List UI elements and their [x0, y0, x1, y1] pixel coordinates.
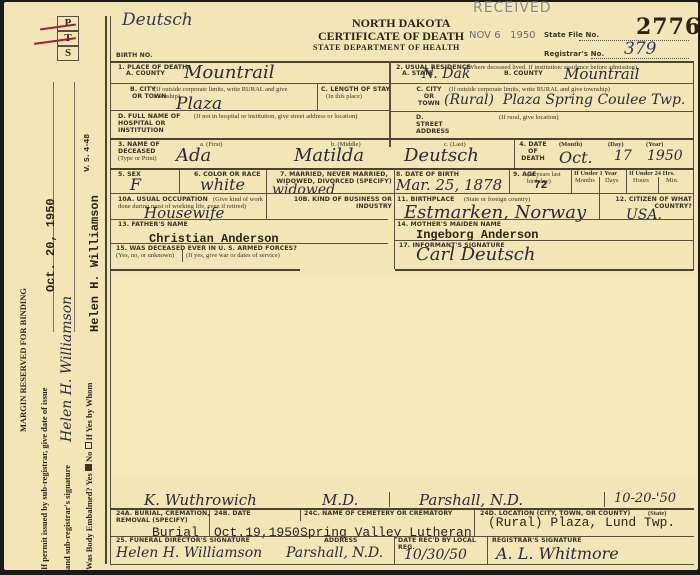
divider — [179, 169, 180, 193]
f24b-label: 24b. DATE — [214, 510, 251, 517]
f25-date-value: 10/30/50 — [404, 547, 467, 563]
f1a-value: Mountrail — [184, 62, 275, 83]
divider — [599, 177, 600, 193]
f24c-label: 24c. NAME OF CEMETERY OR CREMATORY — [304, 510, 452, 517]
f10b-label: 10b. KIND OF BUSINESS OR INDUSTRY — [274, 196, 392, 210]
f1b-label: b. CITY — [130, 86, 155, 93]
divider — [110, 83, 389, 84]
death-certificate: P T S V. S. 4-48 MARGIN RESERVED FOR BIN… — [4, 2, 698, 570]
f1a-label: a. COUNTY — [126, 70, 165, 77]
pts-box-s: S — [57, 46, 79, 61]
physician-date: 10-20-'50 — [614, 491, 676, 506]
divider — [395, 240, 693, 241]
f14-label: 14. MOTHER'S MAIDEN NAME — [397, 221, 501, 228]
f2c-label: c. CITY OR TOWN — [414, 86, 444, 107]
f9-min-label: Min. — [666, 177, 678, 184]
embalmed-no-label: No — [84, 452, 94, 462]
divider — [509, 169, 510, 193]
f25-address: Parshall, N.D. — [286, 545, 383, 561]
registrar-label: Registrar's No. — [544, 51, 604, 58]
f25-label: 25. FUNERAL DIRECTOR'S SIGNATURE — [116, 537, 250, 544]
f9-value: 72 — [534, 180, 547, 192]
f2b-label: b. COUNTY — [504, 70, 543, 77]
embalmer-name: Helen H. Williamson — [88, 195, 102, 332]
department-title: STATE DEPARTMENT OF HEALTH — [313, 43, 460, 52]
registrar-no: 379 — [624, 39, 656, 59]
divider — [604, 492, 605, 507]
divider — [110, 564, 694, 565]
f24d-value: (Rural) Plaza, Lund Twp. — [488, 515, 675, 530]
f4-year-label: (Year) — [646, 141, 663, 148]
received-stamp: RECEIVED — [473, 0, 552, 16]
divider — [395, 269, 693, 271]
divider — [391, 83, 693, 84]
divider — [317, 83, 318, 110]
divider — [110, 219, 388, 220]
certificate-title: CERTIFICATE OF DEATH — [318, 29, 464, 44]
divider — [474, 509, 475, 537]
divider — [300, 509, 301, 521]
f25-registrar-label: REGISTRAR'S SIGNATURE — [492, 537, 582, 544]
divider — [514, 139, 515, 169]
f15-note-a: (Yes, no, or unknown) — [116, 252, 174, 259]
embalmed-yes-label: Yes — [84, 473, 94, 485]
divider — [110, 243, 388, 244]
physician-signature: K. Wuthrowich — [144, 491, 257, 509]
birth-no-label: BIRTH NO. — [116, 52, 153, 59]
f1c-note: (In this place) — [326, 93, 362, 100]
f17-value: Carl Deutsch — [416, 244, 535, 265]
f9-months-label: Months — [575, 177, 595, 184]
f2d-label: d. STREET ADDRESS — [416, 114, 446, 135]
f9-under1-label: If Under 1 Year — [574, 170, 617, 177]
divider — [110, 193, 694, 194]
divider — [389, 61, 391, 147]
f3b-value: Matilda — [294, 145, 364, 166]
divider — [626, 169, 627, 193]
margin-line — [74, 82, 75, 332]
f1d-note: (If not in hospital or institution, give… — [194, 113, 384, 120]
f4-year: 1950 — [647, 148, 683, 164]
divider — [182, 250, 183, 262]
f1d-label: d. FULL NAME OF HOSPITAL OR INSTITUTION — [118, 113, 198, 134]
f3-note: (Type or Print) — [118, 155, 157, 162]
subregistrar-signature: Helen H. Williamson — [59, 296, 75, 442]
by-whom-label: If Yes by Whom — [84, 383, 94, 441]
form-code: V. S. 4-48 — [84, 134, 91, 172]
f25-registrar-value: A. L. Whitmore — [496, 544, 619, 563]
permit-date: Oct. 20, 1950 — [44, 198, 58, 292]
f24a-label: 24a. BURIAL, CREMATION, REMOVAL (Specify… — [116, 510, 211, 524]
divider — [266, 169, 267, 219]
f15-label: 15. WAS DECEASED EVER IN U. S. ARMED FOR… — [116, 245, 297, 252]
divider — [389, 492, 390, 507]
divider — [110, 138, 694, 140]
divider — [658, 177, 659, 193]
divider — [599, 193, 600, 219]
f4-month-label: (Month) — [559, 141, 582, 148]
physician-address: Parshall, N.D. — [419, 491, 523, 509]
f9-under24-label: If Under 24 Hrs. — [629, 170, 675, 177]
f2d-note: (If rural, give location) — [499, 114, 559, 121]
embalmed-no-checkbox[interactable] — [85, 442, 92, 449]
f5-value: F — [130, 175, 141, 194]
divider — [693, 61, 694, 271]
divider — [394, 537, 395, 565]
f2c-value: (Rural) Plaza Spring Coulee Twp. — [444, 92, 685, 108]
f3-label: 3. NAME OF DECEASED — [118, 141, 173, 155]
divider — [487, 537, 488, 565]
f9-days-label: Days — [605, 177, 618, 184]
received-date: NOV 6 1950 — [469, 30, 536, 41]
margin-border — [105, 16, 107, 564]
physician-title: M.D. — [322, 491, 358, 509]
f4-day-label: (Day) — [608, 141, 624, 148]
f1b-value: Plaza — [176, 94, 222, 114]
f4-month: Oct. — [559, 148, 593, 167]
f3a-value: Ada — [176, 145, 211, 166]
f25-address-label: ADDRESS — [324, 537, 357, 544]
divider — [391, 111, 693, 112]
state-file-no: 2776 — [636, 14, 700, 40]
f2a-value: N. Dak — [422, 66, 470, 82]
permit-label: If permit issued by sub-registrar, give … — [39, 387, 49, 570]
embalmed-label: Was Body Embalmed? — [84, 487, 94, 570]
f13-label: 13. FATHER'S NAME — [118, 221, 188, 228]
f12-value: USA. — [626, 207, 662, 223]
margin-reserved-label: MARGIN RESERVED FOR BINDING — [18, 288, 28, 432]
state-file-label: State File No. — [544, 32, 599, 39]
subregistrar-label: and sub-registrar's signature — [62, 465, 72, 570]
f4-label: 4. DATE OF DEATH — [519, 141, 547, 162]
f4-day: 17 — [614, 148, 632, 164]
f8-value: Mar. 25, 1878 — [396, 176, 502, 194]
f2b-value: Mountrail — [564, 65, 639, 83]
f9-hours-label: Hours — [633, 177, 649, 184]
divider — [571, 169, 572, 193]
embalmed-yes-checkbox[interactable] — [85, 464, 92, 471]
f6-value: white — [200, 175, 245, 194]
divider — [395, 219, 693, 220]
divider — [209, 509, 210, 537]
divider — [110, 110, 389, 111]
surname-handwritten: Deutsch — [122, 10, 193, 30]
margin-border — [110, 16, 111, 564]
divider — [110, 269, 300, 271]
blank-medical-section — [112, 274, 696, 474]
f15-note-b: (If yes, give war or dates of service) — [186, 252, 280, 259]
f25-value: Helen H. Williamson — [116, 545, 262, 561]
f3c-value: Deutsch — [404, 145, 479, 166]
f1c-label: c. LENGTH OF STAY — [321, 86, 390, 93]
